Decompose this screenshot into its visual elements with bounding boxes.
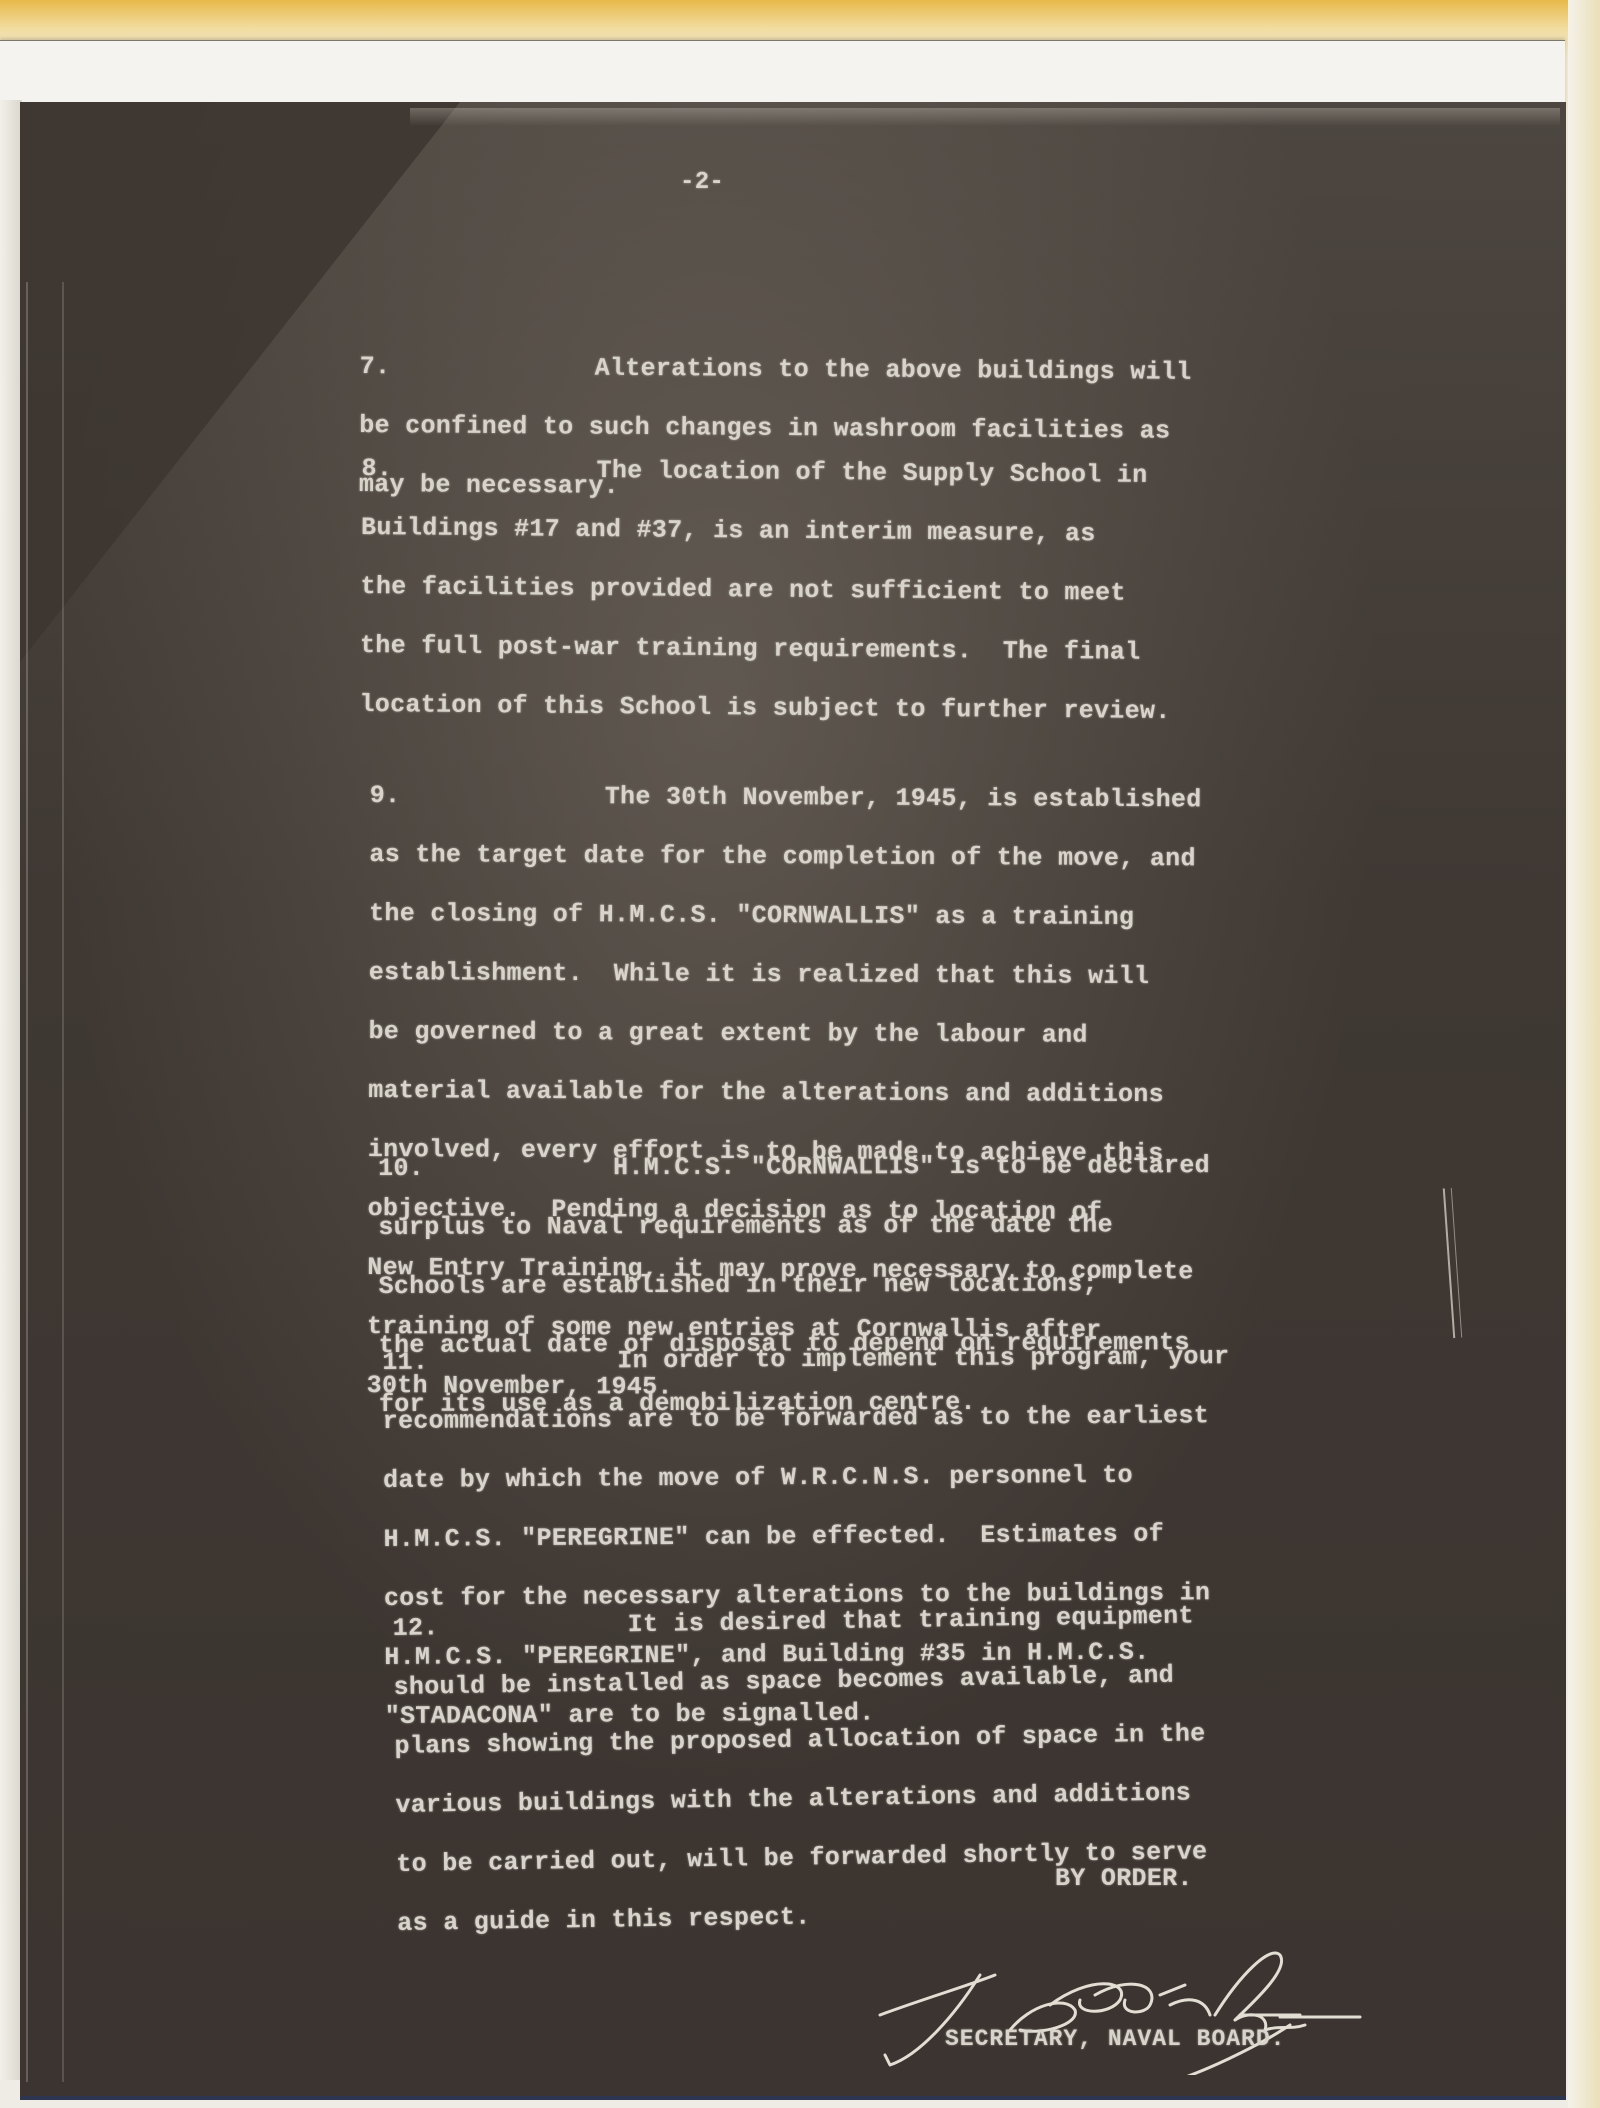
paragraph-line: 11.In order to implement this program, y… xyxy=(382,1342,1229,1377)
signatory-title: SECRETARY, NAVAL BOARD. xyxy=(945,2025,1285,2055)
paragraph-number: 12. xyxy=(392,1610,627,1643)
handwritten-signature xyxy=(860,1945,1380,2075)
binding-edge xyxy=(26,282,64,2082)
scan-left-edge xyxy=(0,100,22,2080)
paragraph-line: should be installed as space becomes ava… xyxy=(393,1660,1204,1702)
paragraph-line: H.M.C.S. "PEREGRINE" can be effected. Es… xyxy=(383,1519,1230,1554)
paragraph-line: 9.The 30th November, 1945, is establishe… xyxy=(370,780,1202,814)
paragraph-number: 8. xyxy=(361,453,596,485)
paragraph-line: material available for the alterations a… xyxy=(368,1075,1200,1109)
paragraph-8: 8.The location of the Supply School in B… xyxy=(359,424,1173,756)
paragraph-line: plans showing the proposed allocation of… xyxy=(394,1719,1205,1761)
paragraph-line: the full post-war training requirements.… xyxy=(360,630,1171,667)
paragraph-line: Buildings #17 and #37, is an interim mea… xyxy=(361,512,1172,549)
paragraph-number: 7. xyxy=(360,351,595,382)
paper-top-margin xyxy=(0,40,1565,111)
paragraph-line: date by which the move of W.R.C.N.S. per… xyxy=(383,1460,1230,1495)
paragraph-line: recommendations are to be forwarded as t… xyxy=(383,1401,1230,1436)
paragraph-number: 9. xyxy=(370,780,605,811)
paragraph-number: 10. xyxy=(378,1153,613,1183)
paragraph-line: 12.It is desired that training equipment xyxy=(392,1601,1203,1643)
top-fold-highlight xyxy=(410,108,1560,126)
scan-right-edge xyxy=(1568,0,1600,2108)
paragraph-line: various buildings with the alterations a… xyxy=(395,1778,1206,1820)
paragraph-12: 12.It is desired that training equipment… xyxy=(392,1571,1209,1967)
page-number: -2- xyxy=(680,168,724,198)
paragraph-line: as the target date for the completion of… xyxy=(369,839,1201,873)
paragraph-line: establishment. While it is realized that… xyxy=(369,957,1201,991)
paragraph-line: be governed to a great extent by the lab… xyxy=(368,1016,1200,1050)
paragraph-line: as a guide in this respect. xyxy=(397,1896,1208,1938)
closing-by-order: BY ORDER. xyxy=(1055,1864,1193,1894)
paragraph-line: the closing of H.M.C.S. "CORNWALLIS" as … xyxy=(369,898,1201,932)
paragraph-line: location of this School is subject to fu… xyxy=(359,689,1170,726)
paragraph-line: surplus to Naval requirements as of the … xyxy=(378,1210,1210,1242)
paragraph-number: 11. xyxy=(382,1346,617,1377)
paragraph-line: 7.Alterations to the above buildings wil… xyxy=(360,351,1192,386)
paragraph-line: 10.H.M.C.S. "CORNWALLIS" is to be declar… xyxy=(378,1151,1210,1183)
paragraph-line: the facilities provided are not sufficie… xyxy=(360,571,1171,608)
paragraph-line: Schools are established in their new loc… xyxy=(379,1269,1211,1301)
paragraph-line: 8.The location of the Supply School in xyxy=(361,453,1172,490)
